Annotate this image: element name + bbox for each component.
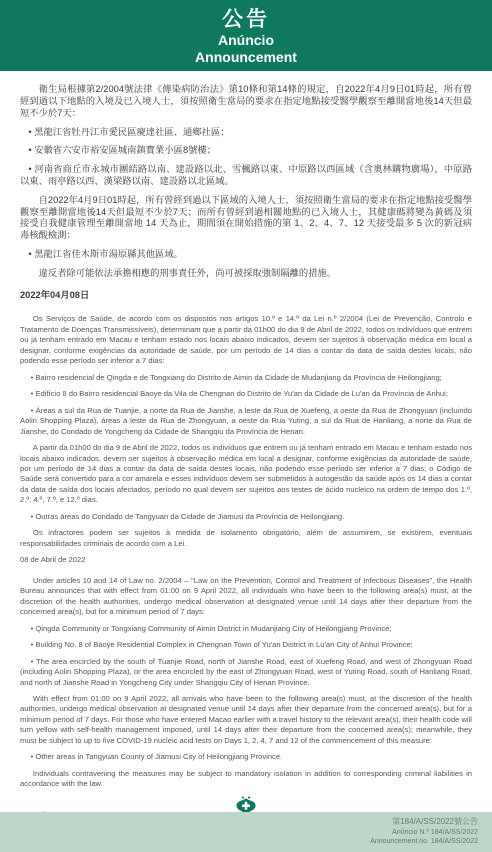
en-bullet-jiamusi: • Other areas in Tangyuan County of Jiam… <box>20 752 472 762</box>
announcement-page: 公告 Anúncio Announcement 衛生局根據第2/2004號法律《… <box>0 0 492 842</box>
section-english: Under articles 10 and 14 of Law no. 2/20… <box>20 576 472 790</box>
header-banner: 公告 Anúncio Announcement <box>0 0 492 71</box>
pt-paragraph-yellowcode: A partir da 01h00 do dia 9 de Abril de 2… <box>20 443 472 506</box>
en-bullet-heilongjiang: • Qingda Community or Tongxiang Communit… <box>20 624 472 634</box>
section-portuguese: Os Serviços de Saúde, de acordo com os d… <box>20 314 472 565</box>
pt-bullet-heilongjiang: • Bairro residencial de Qingda e de Tong… <box>20 373 472 383</box>
zh-bullet-henan: • 河南省商丘市永城市團結路以南、建設路以北、雪楓路以東、中原路以西區域（含奧林… <box>20 164 472 188</box>
zh-paragraph-intro: 衛生局根據第2/2004號法律《傳染病防治法》第10條和第14條的規定，自202… <box>20 84 472 119</box>
page-title-en: Announcement <box>0 49 492 66</box>
en-bullet-henan: • The area encircled by the south of Tua… <box>20 657 472 688</box>
announcement-ref-en: Announcement no. 184/A/SS/2022 <box>370 837 478 846</box>
zh-paragraph-yellowcode: 自2022年4月9日01時起，所有曾經到過以下區域的入境人士，須按照衛生當局的要… <box>20 195 472 242</box>
pt-bullet-anhui: • Edifício 8 do Bairro residencial Baoye… <box>20 389 472 399</box>
zh-bullet-anhui: • 安徽省六安市裕安區城南鎮寶業小區8號樓； <box>20 145 472 157</box>
en-paragraph-yellowcode: With effect from 01:00 on 9 April 2022, … <box>20 694 472 746</box>
footer-bar: 第184/A/SS/2022號公告 Anúncio N.º 184/A/SS/2… <box>0 812 492 852</box>
pt-bullet-henan: • Áreas a sul da Rua de Tuanjie, a norte… <box>20 406 472 437</box>
en-paragraph-intro: Under articles 10 and 14 of Law no. 2/20… <box>20 576 472 618</box>
zh-date: 2022年04月08日 <box>20 290 472 302</box>
announcement-ref-pt: Anúncio N.º 184/A/SS/2022 <box>392 828 478 837</box>
en-paragraph-penalty: Individuals contravening the measures ma… <box>20 769 472 790</box>
pt-paragraph-penalty: Os infractores podem ser sujeitos à medi… <box>20 528 472 549</box>
page-title-zh: 公告 <box>0 7 492 32</box>
zh-bullet-heilongjiang: • 黑龍江省牡丹江市愛民區慶達社區、通鄉社區； <box>20 127 472 139</box>
en-bullet-anhui: • Building No. 8 of Baoye Residential Co… <box>20 640 472 650</box>
section-chinese: 衛生局根據第2/2004號法律《傳染病防治法》第10條和第14條的規定，自202… <box>20 84 472 301</box>
zh-paragraph-penalty: 違反者除可能依法承擔相應的刑事責任外，尚可被採取強制隔離的措施。 <box>20 268 472 280</box>
zh-bullet-jiamusi: • 黑龍江省佳木斯市湯原縣其他區域。 <box>20 249 472 261</box>
pt-paragraph-intro: Os Serviços de Saúde, de acordo com os d… <box>20 314 472 366</box>
announcement-body: 衛生局根據第2/2004號法律《傳染病防治法》第10條和第14條的規定，自202… <box>0 84 492 790</box>
announcement-ref-zh: 第184/A/SS/2022號公告 <box>392 817 478 828</box>
pt-bullet-jiamusi: • Outras áreas do Condado de Tangyuan da… <box>20 512 472 522</box>
page-title-pt: Anúncio <box>0 32 492 49</box>
pt-date: 08 de Abril de 2022 <box>20 555 472 565</box>
